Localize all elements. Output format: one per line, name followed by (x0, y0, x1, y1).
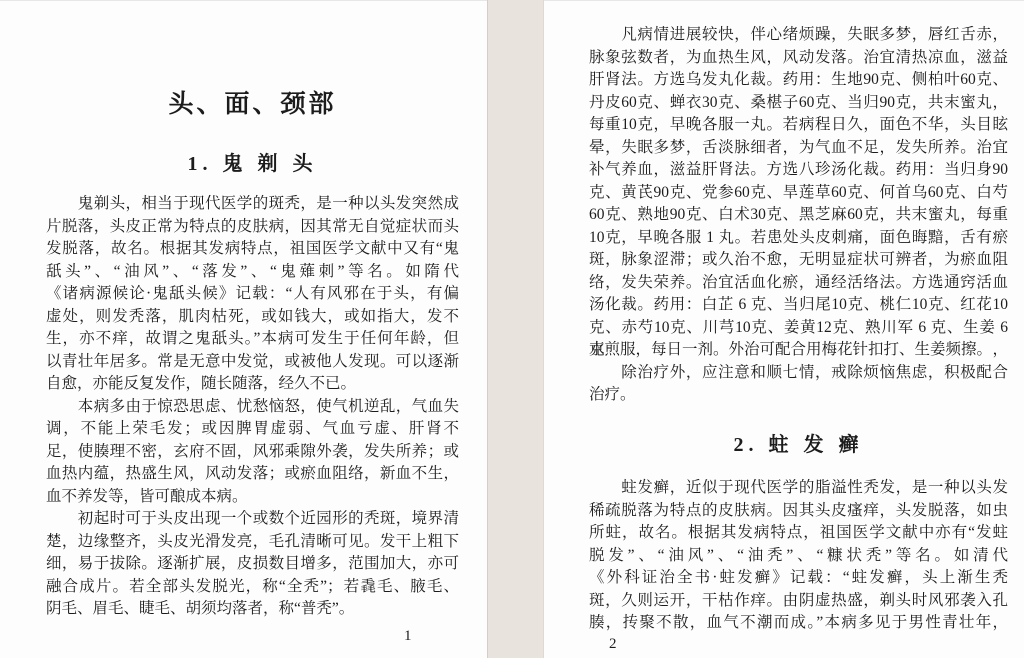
text-line: 足，使腠理不密，玄府不固，风邪乘隙外袭，发失所养；或 (46, 441, 459, 464)
page-number-right: 2 (609, 636, 617, 653)
right-page-body-bottom: 蛀发癣，近似于现代医学的脂溢性秃发，是一种以头发稀疏脱落为特点的皮肤病。因其头皮… (589, 477, 1008, 635)
text-line: 克、赤芍10克、川芎10克、姜黄12克、熟川军 6 克、生姜 6 克， (589, 317, 1008, 340)
text-line: 鬼剃头，相当于现代医学的斑秃，是一种以头发突然成 (46, 193, 459, 216)
chapter-title: 头、面、颈部 (46, 84, 459, 120)
text-line: 以青壮年居多。常是无意中发觉，或被他人发现。可以逐渐 (46, 351, 459, 374)
text-line: 融合成片。若全部头发脱光，称“全秃”；若毳毛、腋毛、 (46, 576, 459, 599)
book-spread: 头、面、颈部 1. 鬼 剃 头 鬼剃头，相当于现代医学的斑秃，是一种以头发突然成… (0, 0, 1024, 658)
text-line: 自愈，亦能反复发作，随长随落，经久不已。 (46, 373, 459, 396)
text-line: 生，亦不痒，故谓之鬼舐头。”本病可发生于任何年龄，但 (46, 328, 459, 351)
text-line: 每重10克，早晚各服一丸。若病程日久，面色不华，头目眩 (589, 114, 1008, 137)
text-line: 脱发”、“油风”、“油秃”、“糠状秃”等名。如清代 (589, 545, 1008, 568)
text-line: 细，易于拔除。逐渐扩展，皮损数目增多，范围加大，亦可 (46, 553, 459, 576)
text-line: 楚，边缘整齐，头皮光滑发亮，毛孔清晰可见。发干上粗下 (46, 531, 459, 554)
right-page-body-top: 凡病情进展较快，伴心绪烦躁，失眠多梦，唇红舌赤，脉象弦数者，为血热生风，风动发落… (589, 24, 1008, 407)
text-line: 10克，早晚各服 1 丸。若患处头皮刺痛，面色晦黯，舌有瘀 (589, 227, 1008, 250)
text-line: 治疗。 (589, 384, 1008, 407)
text-line: 络，发失荣养。治宜活血化瘀，通经活络法。方选通窍活血 (589, 272, 1008, 295)
text-line: 《诸病源候论·鬼舐头候》记载：“人有风邪在于头，有偏 (46, 283, 459, 306)
text-line: 斑，脉象涩滞；或久治不愈，无明显症状可辨者，为瘀血阻 (589, 249, 1008, 272)
text-line: 血热内蕴，热盛生风，风动发落；或瘀血阻络，新血不生， (46, 463, 459, 486)
text-line: 《外科证治全书·蛀发癣》记载：“蛀发癣，头上渐生秃 (589, 567, 1008, 590)
page-gutter (487, 0, 544, 658)
text-line: 肝肾法。方选乌发丸化裁。药用：生地90克、侧柏叶60克、 (589, 69, 1008, 92)
text-line: 血不养发等，皆可酿成本病。 (46, 486, 459, 509)
page-number-left: 1 (404, 628, 412, 645)
text-line: 水煎服，每日一剂。外治可配合用梅花针扣打、生姜频擦。 (589, 339, 1008, 362)
left-page-body: 鬼剃头，相当于现代医学的斑秃，是一种以头发突然成片脱落，头皮正常为特点的皮肤病，… (46, 193, 459, 621)
text-line: 除治疗外，应注意和顺七情，戒除烦恼焦虑，积极配合 (589, 362, 1008, 385)
text-line: 稀疏脱落为特点的皮肤病。因其头皮瘙痒，头发脱落，如虫 (589, 500, 1008, 523)
text-line: 斑，久则运开，干枯作痒。由阴虚热盛，剃头时风邪袭入孔 (589, 590, 1008, 613)
text-line: 补气养血，滋益肝肾法。方选八珍汤化裁。药用：当归身90 (589, 159, 1008, 182)
text-line: 克、黄芪90克、党参60克、旱莲草60克、何首乌60克、白芍 (589, 182, 1008, 205)
text-line: 凡病情进展较快，伴心绪烦躁，失眠多梦，唇红舌赤， (589, 24, 1008, 47)
text-line: 本病多由于惊恐思虑、忧愁恼怒，使气机逆乱，气血失 (46, 396, 459, 419)
text-line: 蛀发癣，近似于现代医学的脂溢性秃发，是一种以头发 (589, 477, 1008, 500)
text-line: 汤化裁。药用：白芷 6 克、当归尾10克、桃仁10克、红花10 (589, 294, 1008, 317)
text-line: 阴毛、眉毛、睫毛、胡须均落者，称“普秃”。 (46, 598, 459, 621)
text-line: 晕，失眠多梦，舌淡脉细者，为气血不足，发失所养。治宜 (589, 137, 1008, 160)
text-line: 丹皮60克、蝉衣30克、桑椹子60克、当归90克，共末蜜丸， (589, 92, 1008, 115)
section-heading-1: 1. 鬼 剃 头 (46, 147, 459, 176)
text-line: 腠，抟聚不散，血气不潮而成。”本病多见于男性青壮年， (589, 612, 1008, 635)
text-line: 发脱落，故名。根据其发病特点，祖国医学文献中又有“鬼 (46, 238, 459, 261)
text-line: 所蛀，故名。根据其发病特点，祖国医学文献中亦有“发蛀 (589, 522, 1008, 545)
text-line: 初起时可于头皮出现一个或数个近园形的秃斑，境界清 (46, 508, 459, 531)
text-line: 虚处，则发秃落，肌肉枯死，或如钱大，或如指大，发不 (46, 306, 459, 329)
right-page: 凡病情进展较快，伴心绪烦躁，失眠多梦，唇红舌赤，脉象弦数者，为血热生风，风动发落… (589, 0, 1008, 658)
left-page: 头、面、颈部 1. 鬼 剃 头 鬼剃头，相当于现代医学的斑秃，是一种以头发突然成… (46, 0, 459, 658)
text-line: 调，不能上荣毛发；或因脾胃虚弱、气血亏虚、肝肾不 (46, 418, 459, 441)
text-line: 舐头”、“油风”、“落发”、“鬼薙刺”等名。如隋代 (46, 261, 459, 284)
section-heading-2: 2. 蛀 发 癣 (589, 428, 1008, 457)
text-line: 60克、熟地90克、白术30克、黑芝麻60克，共末蜜丸，每重 (589, 204, 1008, 227)
text-line: 片脱落，头皮正常为特点的皮肤病，因其常无自觉症状而头 (46, 216, 459, 239)
text-line: 脉象弦数者，为血热生风，风动发落。治宜清热凉血，滋益 (589, 47, 1008, 70)
